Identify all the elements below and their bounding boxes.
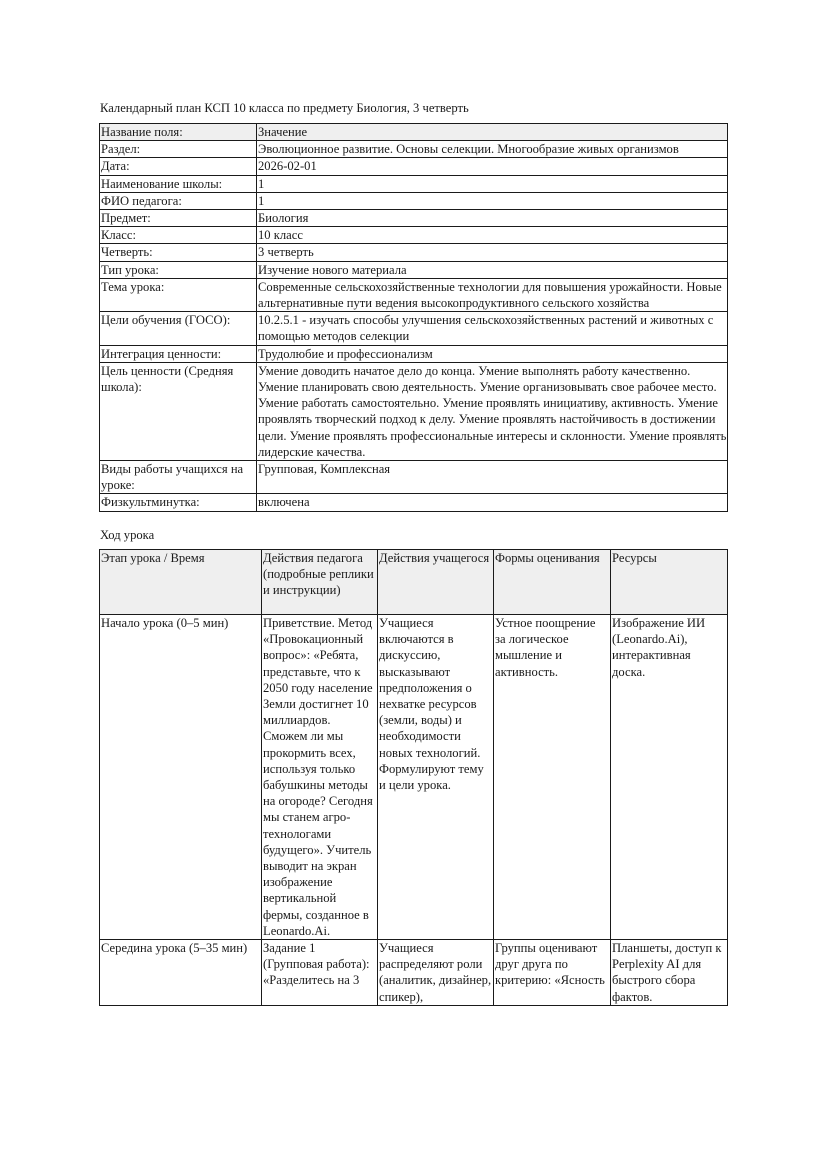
info-table-row: Физкультминутка:включена [100, 494, 728, 511]
lesson-teacher-cell: Задание 1 (Групповая работа): «Разделите… [262, 940, 378, 1006]
info-value-cell: Биология [257, 210, 728, 227]
lesson-table-header: Этап урока / Время Действия педагога (по… [100, 550, 728, 615]
lesson-stage-cell: Середина урока (5–35 мин) [100, 940, 262, 1006]
info-value-cell: Трудолюбие и профессионализм [257, 345, 728, 362]
lesson-resources-cell: Планшеты, доступ к Perplexity AI для быс… [611, 940, 728, 1006]
info-field-cell: Цель ценности (Средняя школа): [100, 362, 257, 460]
header-student: Действия учащегося [378, 550, 494, 615]
info-table-row: Четверть:3 четверть [100, 244, 728, 261]
document-title: Календарный план КСП 10 класса по предме… [100, 100, 469, 116]
lesson-info-table: Название поля: Значение Раздел:Эволюцион… [99, 123, 728, 512]
header-assessment: Формы оценивания [494, 550, 611, 615]
info-table-row: Наименование школы:1 [100, 175, 728, 192]
info-table-row: ФИО педагога:1 [100, 192, 728, 209]
info-field-cell: Интеграция ценности: [100, 345, 257, 362]
info-table-row: Дата:2026-02-01 [100, 158, 728, 175]
info-field-cell: ФИО педагога: [100, 192, 257, 209]
info-value-cell: 2026-02-01 [257, 158, 728, 175]
info-field-cell: Виды работы учащихся на уроке: [100, 461, 257, 494]
lesson-assessment-cell: Группы оценивают друг друга по критерию:… [494, 940, 611, 1006]
info-field-cell: Физкультминутка: [100, 494, 257, 511]
info-value-cell: 1 [257, 192, 728, 209]
info-value-cell: Групповая, Комплексная [257, 461, 728, 494]
info-field-cell: Цели обучения (ГОСО): [100, 312, 257, 345]
info-field-cell: Тема урока: [100, 278, 257, 311]
info-value-cell: включена [257, 494, 728, 511]
info-table-row: Раздел:Эволюционное развитие. Основы сел… [100, 141, 728, 158]
header-value: Значение [257, 124, 728, 141]
info-table-row: Интеграция ценности:Трудолюбие и професс… [100, 345, 728, 362]
info-value-cell: 10 класс [257, 227, 728, 244]
lesson-resources-cell: Изображение ИИ (Leonardo.Ai), интерактив… [611, 615, 728, 940]
info-value-cell: Изучение нового материала [257, 261, 728, 278]
info-field-cell: Раздел: [100, 141, 257, 158]
info-table-row: Цель ценности (Средняя школа):Умение дов… [100, 362, 728, 460]
info-field-cell: Предмет: [100, 210, 257, 227]
lesson-flow-table: Этап урока / Время Действия педагога (по… [99, 549, 728, 1006]
info-table-row: Тип урока:Изучение нового материала [100, 261, 728, 278]
lesson-assessment-cell: Устное поощрение за логическое мышление … [494, 615, 611, 940]
header-teacher: Действия педагога (подробные реплики и и… [262, 550, 378, 615]
lesson-stage-cell: Начало урока (0–5 мин) [100, 615, 262, 940]
info-table-header: Название поля: Значение [100, 124, 728, 141]
lesson-table-row: Середина урока (5–35 мин)Задание 1 (Груп… [100, 940, 728, 1006]
header-field: Название поля: [100, 124, 257, 141]
info-table-row: Класс:10 класс [100, 227, 728, 244]
info-value-cell: Современные сельскохозяйственные техноло… [257, 278, 728, 311]
info-table-row: Виды работы учащихся на уроке:Групповая,… [100, 461, 728, 494]
info-field-cell: Четверть: [100, 244, 257, 261]
info-value-cell: 10.2.5.1 - изучать способы улучшения сел… [257, 312, 728, 345]
info-value-cell: 3 четверть [257, 244, 728, 261]
info-table-row: Предмет:Биология [100, 210, 728, 227]
info-value-cell: Эволюционное развитие. Основы селекции. … [257, 141, 728, 158]
lesson-student-cell: Учащиеся включаются в дискуссию, высказы… [378, 615, 494, 940]
info-table-row: Тема урока:Современные сельскохозяйствен… [100, 278, 728, 311]
info-field-cell: Тип урока: [100, 261, 257, 278]
header-resources: Ресурсы [611, 550, 728, 615]
lesson-flow-title: Ход урока [100, 527, 154, 543]
info-field-cell: Класс: [100, 227, 257, 244]
info-table-row: Цели обучения (ГОСО):10.2.5.1 - изучать … [100, 312, 728, 345]
lesson-table-row: Начало урока (0–5 мин)Приветствие. Метод… [100, 615, 728, 940]
info-field-cell: Наименование школы: [100, 175, 257, 192]
info-value-cell: 1 [257, 175, 728, 192]
lesson-teacher-cell: Приветствие. Метод «Провокационный вопро… [262, 615, 378, 940]
lesson-student-cell: Учащиеся распределяют роли (аналитик, ди… [378, 940, 494, 1006]
header-stage: Этап урока / Время [100, 550, 262, 615]
info-field-cell: Дата: [100, 158, 257, 175]
info-value-cell: Умение доводить начатое дело до конца. У… [257, 362, 728, 460]
